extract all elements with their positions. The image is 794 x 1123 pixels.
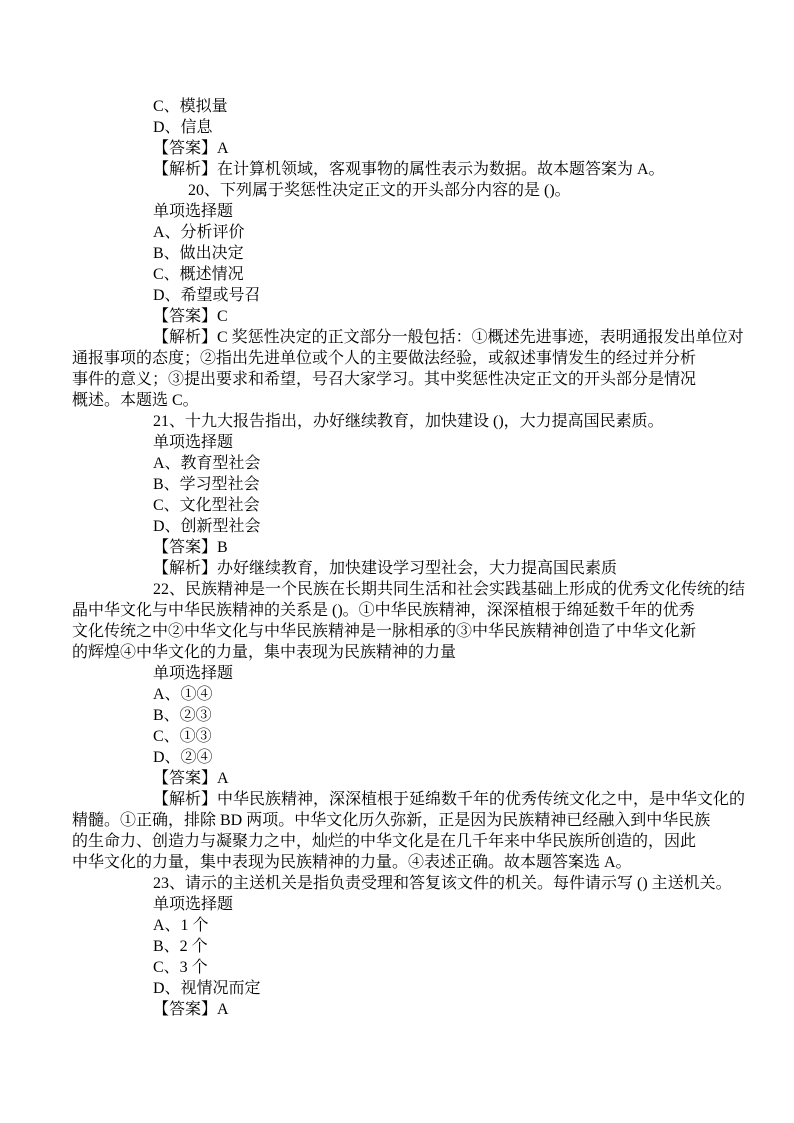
text-line: 单项选择题 xyxy=(72,201,722,222)
text-line: 文化传统之中②中华文化与中华民族精神是一脉相承的③中华民族精神创造了中华文化新 xyxy=(72,621,722,642)
text-line: 通报事项的态度；②指出先进单位或个人的主要做法经验，或叙述事情发生的经过并分析 xyxy=(72,348,722,369)
text-line: A、1 个 xyxy=(72,915,722,936)
text-line: A、教育型社会 xyxy=(72,453,722,474)
text-line: B、2 个 xyxy=(72,936,722,957)
text-line: 的辉煌④中华文化的力量，集中表现为民族精神的力量 xyxy=(72,642,722,663)
text-line: 【解析】在计算机领域，客观事物的属性表示为数据。故本题答案为 A。 xyxy=(72,159,722,180)
text-line: 事件的意义；③提出要求和希望，号召大家学习。其中奖惩性决定正文的开头部分是情况 xyxy=(72,369,722,390)
text-line: A、①④ xyxy=(72,684,722,705)
text-line: D、创新型社会 xyxy=(72,516,722,537)
text-line: 单项选择题 xyxy=(72,432,722,453)
text-line: 21、十九大报告指出，办好继续教育，加快建设 ()，大力提高国民素质。 xyxy=(72,411,722,432)
text-line: D、视情况而定 xyxy=(72,978,722,999)
document-content: C、模拟量D、信息【答案】A【解析】在计算机领域，客观事物的属性表示为数据。故本… xyxy=(72,96,722,1020)
text-line: C、①③ xyxy=(72,726,722,747)
text-line: D、希望或号召 xyxy=(72,285,722,306)
text-line: D、信息 xyxy=(72,117,722,138)
text-line: 【解析】中华民族精神，深深植根于延绵数千年的优秀传统文化之中，是中华文化的 xyxy=(72,789,722,810)
text-line: 【答案】A xyxy=(72,999,722,1020)
text-line: 【答案】C xyxy=(72,306,722,327)
text-line: 中华文化的力量，集中表现为民族精神的力量。④表述正确。故本题答案选 A。 xyxy=(72,852,722,873)
text-line: C、文化型社会 xyxy=(72,495,722,516)
text-line: 【答案】A xyxy=(72,138,722,159)
text-line: 晶中华文化与中华民族精神的关系是 ()。①中华民族精神，深深植根于绵延数千年的优… xyxy=(72,600,722,621)
text-line: B、②③ xyxy=(72,705,722,726)
text-line: 23、请示的主送机关是指负责受理和答复该文件的机关。每件请示写 () 主送机关。 xyxy=(72,873,722,894)
text-line: 的生命力、创造力与凝聚力之中，灿烂的中华文化是在几千年来中华民族所创造的，因此 xyxy=(72,831,722,852)
text-line: C、3 个 xyxy=(72,957,722,978)
text-line: 【答案】B xyxy=(72,537,722,558)
text-line: C、模拟量 xyxy=(72,96,722,117)
text-line: 单项选择题 xyxy=(72,663,722,684)
document-page: C、模拟量D、信息【答案】A【解析】在计算机领域，客观事物的属性表示为数据。故本… xyxy=(0,0,794,1123)
text-line: 【解析】C 奖惩性决定的正文部分一般包括：①概述先进事迹，表明通报发出单位对 xyxy=(72,327,722,348)
text-line: B、学习型社会 xyxy=(72,474,722,495)
text-line: B、做出决定 xyxy=(72,243,722,264)
text-line: 【解析】办好继续教育，加快建设学习型社会，大力提高国民素质 xyxy=(72,558,722,579)
text-line: 20、下列属于奖惩性决定正文的开头部分内容的是 ()。 xyxy=(72,180,722,201)
text-line: 【答案】A xyxy=(72,768,722,789)
text-line: 精髓。①正确，排除 BD 两项。中华文化历久弥新，正是因为民族精神已经融入到中华… xyxy=(72,810,722,831)
text-line: C、概述情况 xyxy=(72,264,722,285)
text-line: A、分析评价 xyxy=(72,222,722,243)
text-line: 22、民族精神是一个民族在长期共同生活和社会实践基础上形成的优秀文化传统的结 xyxy=(72,579,722,600)
text-line: 概述。本题选 C。 xyxy=(72,390,722,411)
text-line: 单项选择题 xyxy=(72,894,722,915)
text-line: D、②④ xyxy=(72,747,722,768)
